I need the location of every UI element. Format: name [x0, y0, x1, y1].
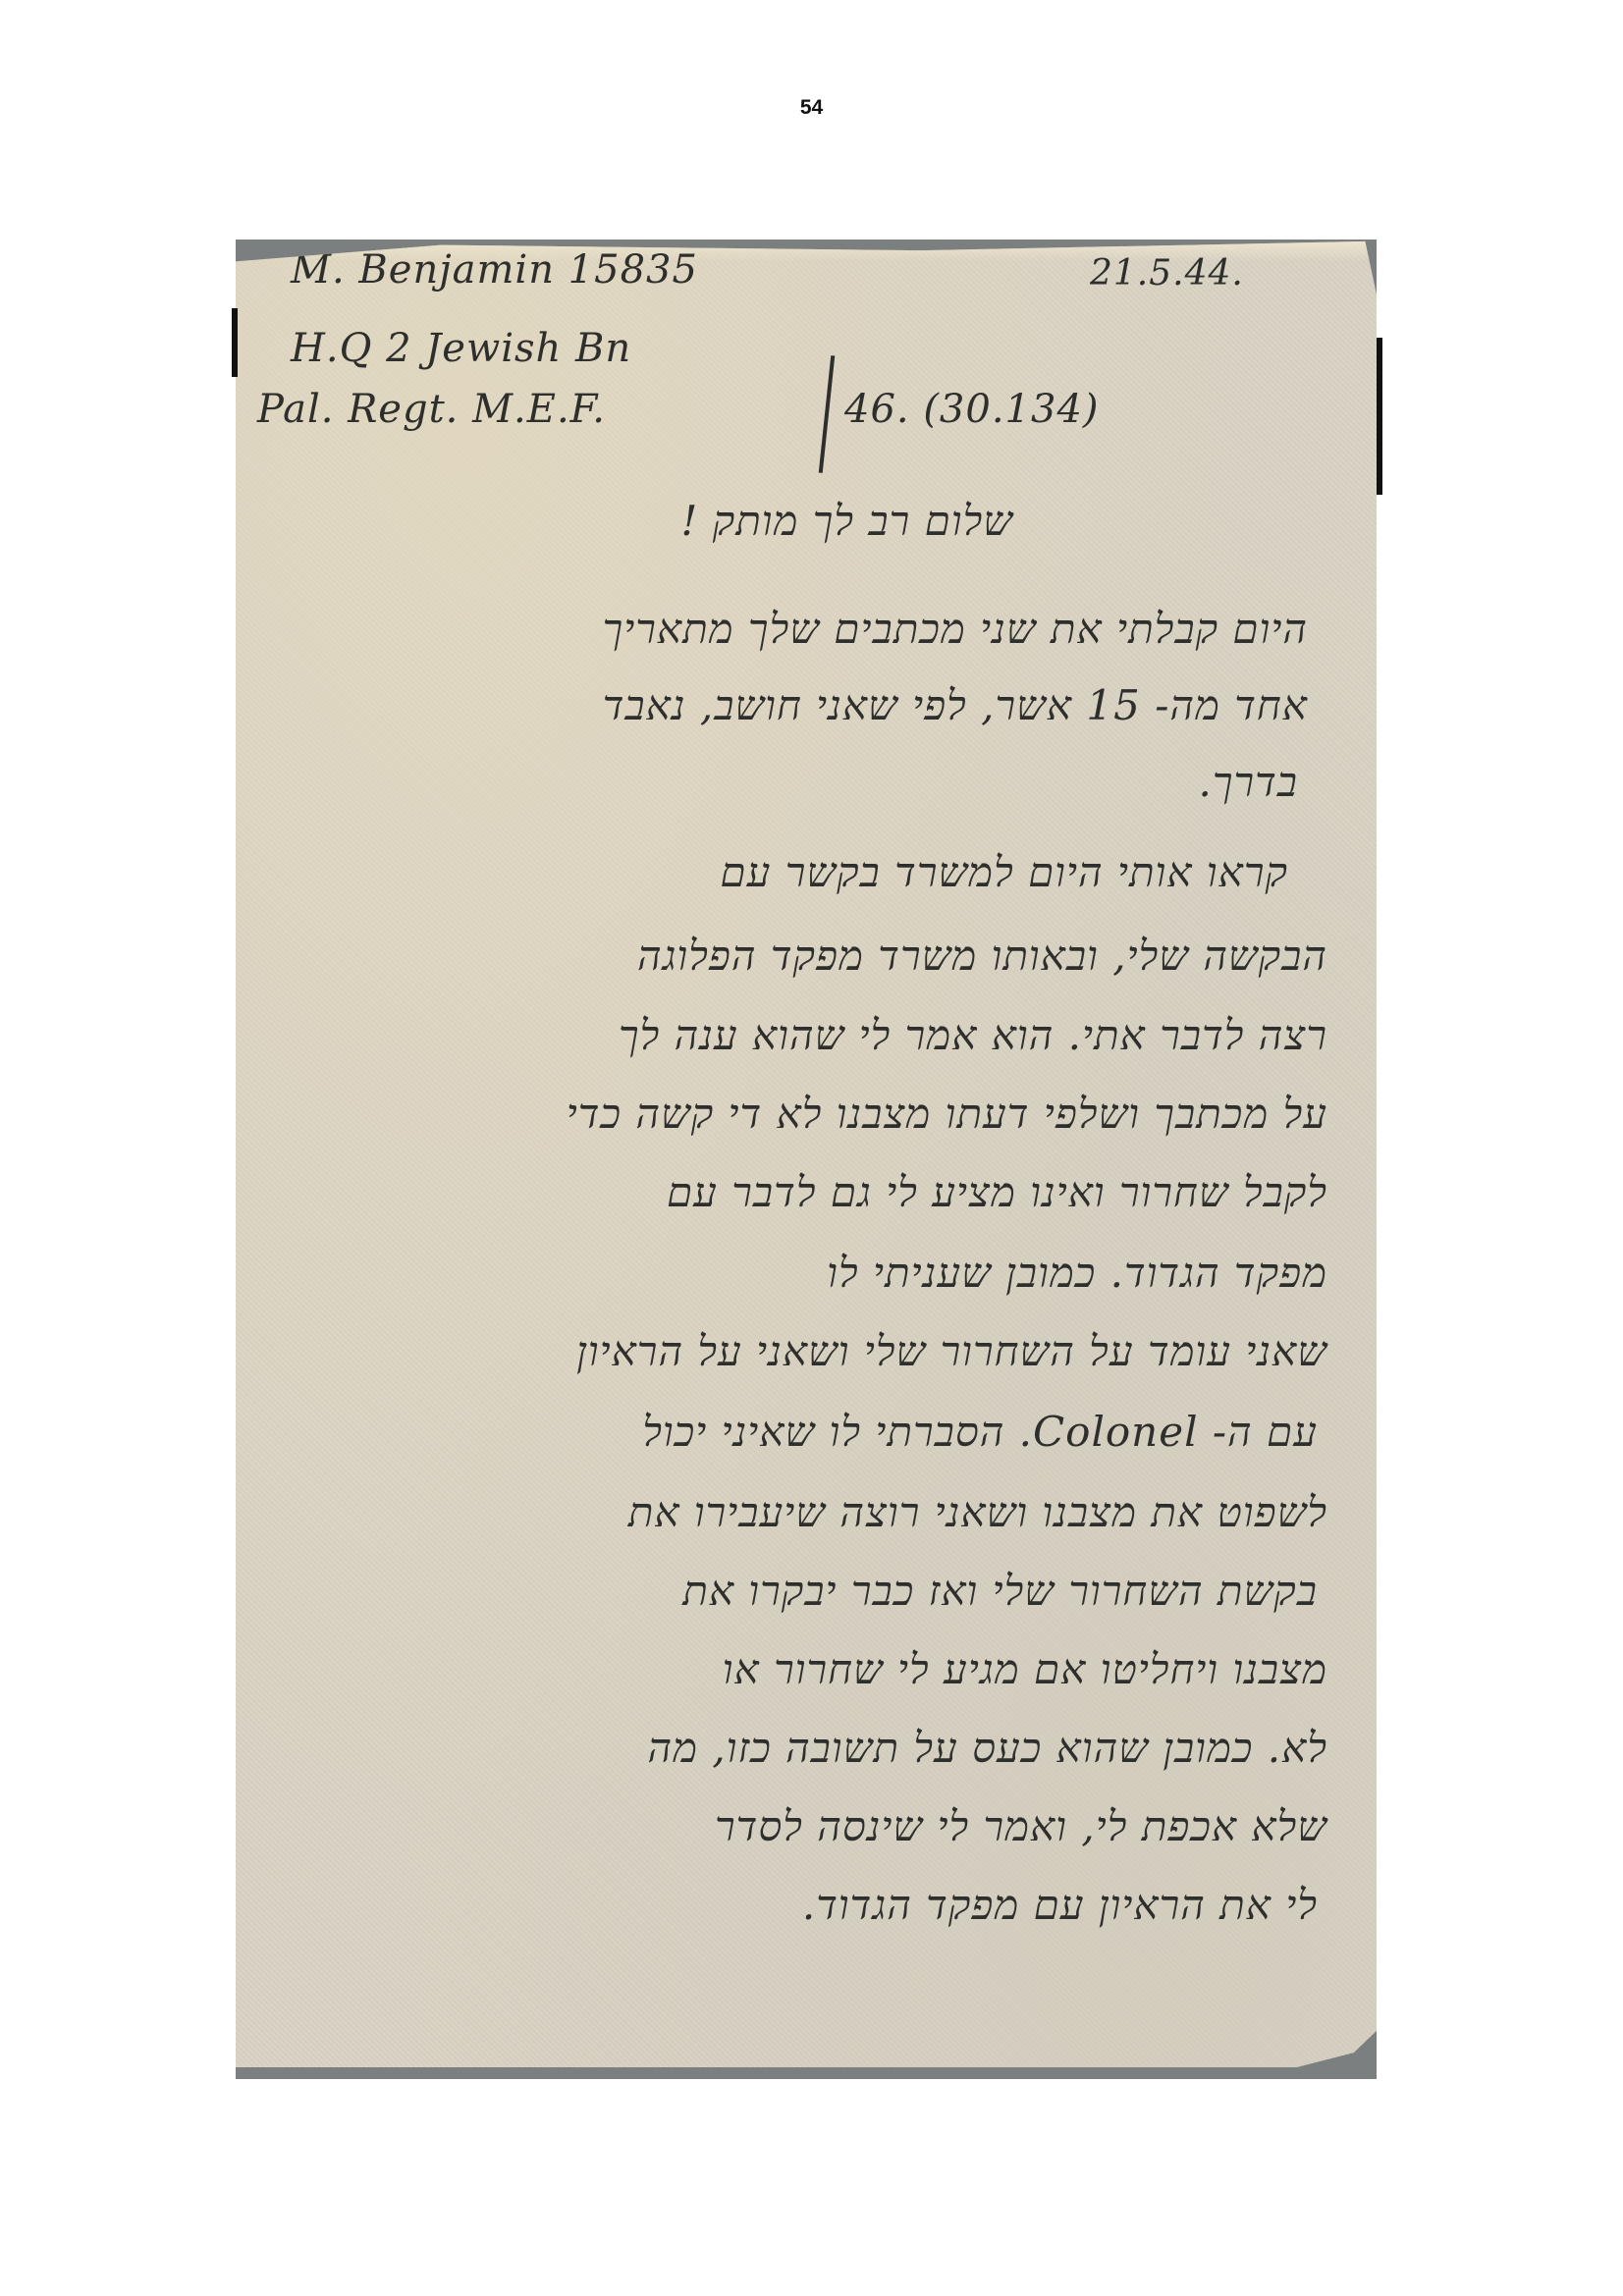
letter-line: שלא אכפת לי, ואמר לי שינסה לסדר	[715, 1802, 1327, 1851]
letter-line: היום קבלתי את שני מכתבים שלך מתאריך	[603, 605, 1308, 654]
header-divider	[819, 355, 836, 473]
letter-line: לא. כמובן שהוא כעס על תשובה כזו, מה	[648, 1724, 1327, 1773]
letter-line: אחד מה- 15 אשר, לפי שאני חושב, נאבד	[603, 681, 1308, 730]
letter-line: עם ה- Colonel. הסברתי לו שאיני יכול	[642, 1408, 1318, 1457]
reference-number: 46. (30.134)	[844, 387, 1100, 432]
regiment-line: Pal. Regt. M.E.F.	[257, 387, 606, 432]
letter-date: 21.5.44.	[1090, 253, 1244, 294]
scan-edge-shadow	[1377, 338, 1382, 495]
letter-line: מפקד הגדוד. כמובן שעניתי לו	[827, 1249, 1327, 1298]
letter-line: לקבל שחרור ואינו מציע לי גם לדבר עם	[667, 1168, 1327, 1217]
letter-line: בקשת השחרור שלי ואז כבר יבקרו את	[682, 1567, 1318, 1616]
letter-greeting: שלום רב לך מותק !	[680, 497, 1013, 546]
letter-line: בדרך.	[1198, 758, 1298, 807]
letter-paper: M. Benjamin 15835 21.5.44. H.Q 2 Jewish …	[236, 240, 1377, 2067]
letter-line: קראו אותי היום למשרד בקשר עם	[720, 848, 1288, 897]
letter-line: על מכתבך ושלפי דעתו מצבנו לא די קשה כדי	[567, 1090, 1327, 1139]
letter-line: הבקשה שלי, ובאותו משרד מפקד הפלוגה	[637, 932, 1327, 981]
letter-line: לשפוט את מצבנו ושאני רוצה שיעבירו את	[628, 1488, 1327, 1537]
letter-scan: M. Benjamin 15835 21.5.44. H.Q 2 Jewish …	[236, 240, 1377, 2079]
letter-line: מצבנו ויחליטו אם מגיע לי שחרור או	[723, 1645, 1327, 1694]
scan-edge-shadow	[232, 308, 238, 377]
page-number: 54	[0, 96, 1623, 120]
unit-line: H.Q 2 Jewish Bn	[291, 326, 631, 371]
letter-line: רצה לדבר אתי. הוא אמר לי שהוא ענה לך	[619, 1011, 1327, 1060]
letter-line: שאני עומד על השחרור שלי ושאני על הראיון	[576, 1327, 1327, 1376]
letter-line: לי את הראיון עם מפקד הגדוד.	[802, 1881, 1318, 1930]
sender-name: M. Benjamin 15835	[291, 247, 698, 293]
